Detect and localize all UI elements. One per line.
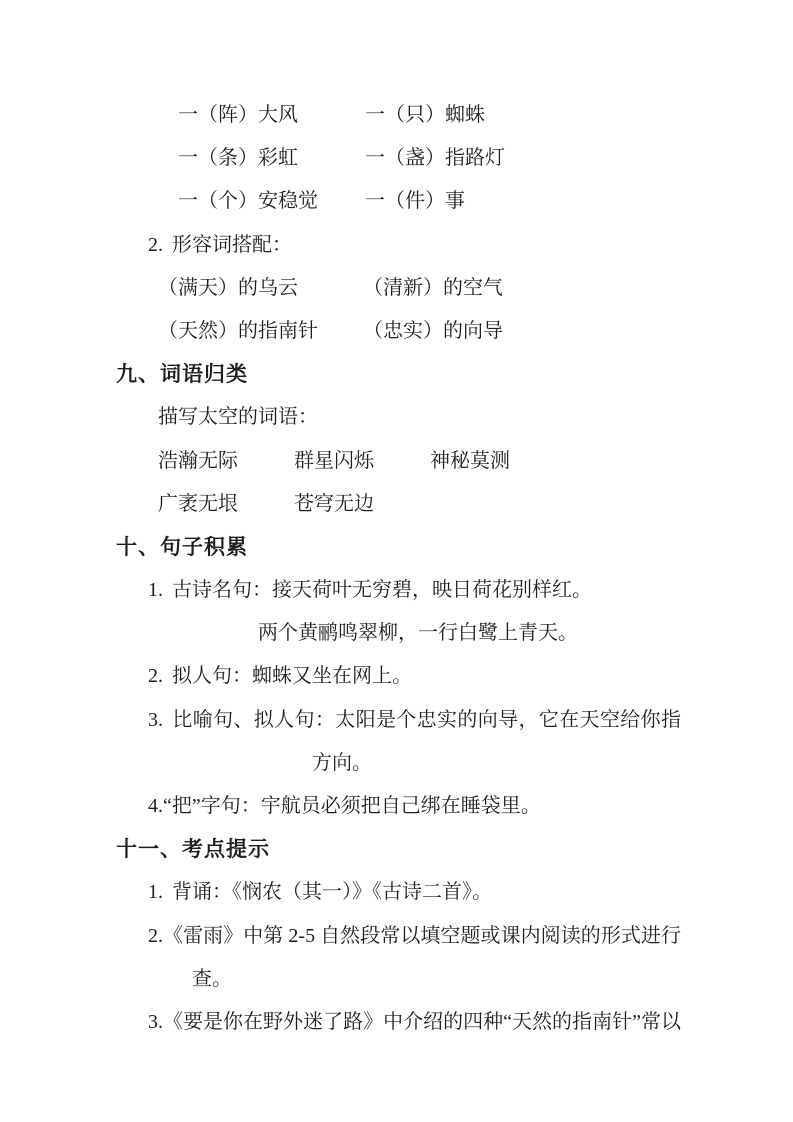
item-text: 古诗名句：接天荷叶无穷碧，映日荷花别样红。 <box>172 579 592 601</box>
item-text: 背诵：《悯农（其一）》《古诗二首》。 <box>172 881 492 903</box>
adjective-collocation-row: （天然）的指南针 （忠实）的向导 <box>116 310 681 353</box>
space-words-row: 广袤无垠 苍穹无边 <box>116 483 681 526</box>
space-words-row: 浩瀚无际 群星闪烁 神秘莫测 <box>116 440 681 483</box>
sentence-item: 3.比喻句、拟人句：太阳是个忠实的向导，它在天空给你指点 <box>116 699 681 742</box>
word-item: 神秘莫测 <box>430 450 510 472</box>
adjective-pair: （忠实）的向导 <box>363 320 503 342</box>
word-list-intro: 描写太空的词语： <box>116 396 681 439</box>
word-item: 群星闪烁 <box>294 440 425 483</box>
exam-tip-item: 2.《雷雨》中第 2-5 自然段常以填空题或课内阅读的形式进行考 <box>116 915 681 958</box>
sentence-continuation-line: 方向。 <box>116 742 681 785</box>
adjective-pair: （清新）的空气 <box>363 277 503 299</box>
measure-word-pair: 一（条）彩虹 <box>178 137 360 180</box>
adjective-pair: （天然）的指南针 <box>158 310 358 353</box>
item-number: 3. <box>148 709 163 731</box>
sentence-item: 4.“把”字句：宇航员必须把自己绑在睡袋里。 <box>116 785 681 828</box>
word-item: 浩瀚无际 <box>158 440 289 483</box>
measure-word-pair: 一（阵）大风 <box>178 94 360 137</box>
section-heading-exam-tips: 十一、考点提示 <box>116 828 681 871</box>
item-text: 形容词搭配： <box>172 234 292 256</box>
item-number: 2. <box>148 234 163 256</box>
item-number: 2. <box>148 665 163 687</box>
wrap-continuation-line: 查。 <box>116 958 681 1001</box>
exam-tip-item: 3.《要是你在野外迷了路》中介绍的四种“天然的指南针”常以 <box>116 1001 681 1044</box>
sentence-item: 1.古诗名句：接天荷叶无穷碧，映日荷花别样红。 <box>116 569 681 612</box>
adjective-collocation-row: （满天）的乌云 （清新）的空气 <box>116 267 681 310</box>
item-text: 比喻句、拟人句：太阳是个忠实的向导，它在天空给你指点 <box>148 709 681 742</box>
item-text: 《雷雨》中第 2-5 自然段常以填空题或课内阅读的形式进行考 <box>148 925 681 958</box>
adjective-collocation-heading: 2.形容词搭配： <box>116 224 681 267</box>
item-text: 拟人句：蜘蛛又坐在网上。 <box>172 665 412 687</box>
measure-word-row: 一（阵）大风 一（只）蜘蛛 <box>116 94 681 137</box>
item-number: 3. <box>148 1011 163 1033</box>
document-page: 一（阵）大风 一（只）蜘蛛 一（条）彩虹 一（盏）指路灯 一（个）安稳觉 一（件… <box>0 0 793 1122</box>
measure-word-pair: 一（盏）指路灯 <box>365 147 505 169</box>
item-text: “把”字句：宇航员必须把自己绑在睡袋里。 <box>163 795 541 817</box>
measure-word-pair: 一（只）蜘蛛 <box>365 104 485 126</box>
measure-word-row: 一（个）安稳觉 一（件）事 <box>116 180 681 223</box>
adjective-pair: （满天）的乌云 <box>158 267 358 310</box>
item-text: 《要是你在野外迷了路》中介绍的四种“天然的指南针”常以 <box>163 1011 681 1033</box>
item-number: 4. <box>148 795 163 817</box>
item-number: 1. <box>148 881 163 903</box>
section-heading-sentence-accumulation: 十、句子积累 <box>116 526 681 569</box>
word-item: 广袤无垠 <box>158 483 289 526</box>
section-heading-word-classification: 九、词语归类 <box>116 353 681 396</box>
exam-tip-item: 1.背诵：《悯农（其一）》《古诗二首》。 <box>116 871 681 914</box>
word-item: 苍穹无边 <box>294 493 374 515</box>
item-number: 2. <box>148 925 163 947</box>
item-number: 1. <box>148 579 163 601</box>
poem-continuation-line: 两个黄鹂鸣翠柳，一行白鹭上青天。 <box>116 612 681 655</box>
measure-word-pair: 一（件）事 <box>365 190 465 212</box>
measure-word-pair: 一（个）安稳觉 <box>178 180 360 223</box>
sentence-item: 2.拟人句：蜘蛛又坐在网上。 <box>116 655 681 698</box>
measure-word-row: 一（条）彩虹 一（盏）指路灯 <box>116 137 681 180</box>
